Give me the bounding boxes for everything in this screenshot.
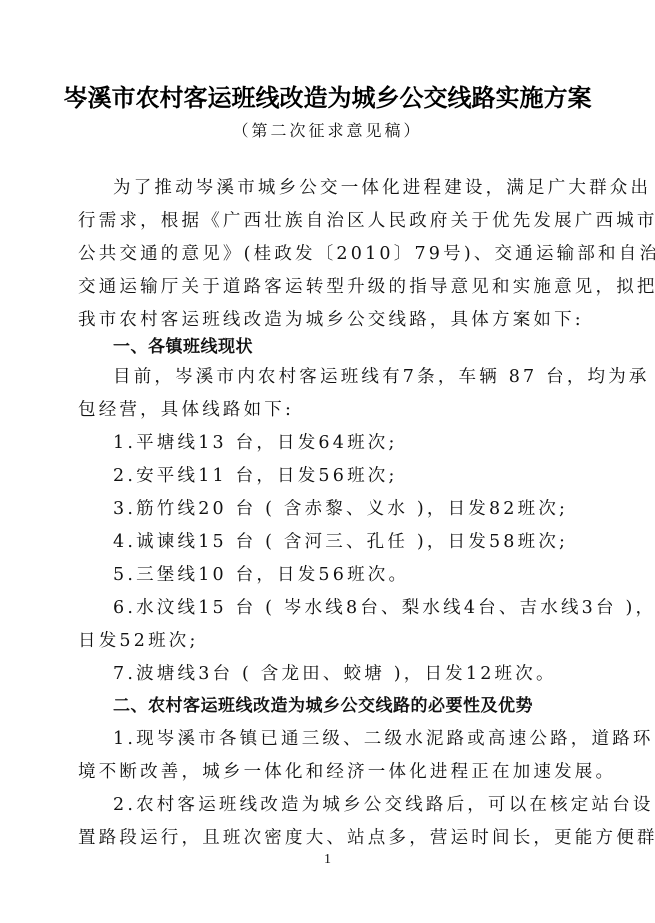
route-item-6: 6.水汶线15 台 ( 岑水线8台、梨水线4台、吉水线3台 )， [113, 596, 578, 620]
intro-line-1: 为了推动岑溪市城乡公交一体化进程建设，满足广大群众出 [113, 176, 578, 200]
route-item-5: 5.三堡线10 台，日发56班次。 [113, 563, 578, 587]
document-title: 岑溪市农村客运班线改造为城乡公交线路实施方案 [0, 78, 655, 113]
section2-point-2-line-2: 置路段运行，且班次密度大、站点多，营运时间长，更能方便群 [78, 826, 578, 850]
section2-point-1-line-1: 1.现岑溪市各镇已通三级、二级水泥路或高速公路，道路环 [113, 727, 578, 751]
intro-line-2: 行需求，根据《广西壮族自治区人民政府关于优先发展广西城市 [78, 209, 578, 233]
route-item-6-continuation: 日发52班次; [78, 629, 578, 653]
document-page: 岑溪市农村客运班线改造为城乡公交线路实施方案 （第二次征求意见稿） 为了推动岑溪… [0, 0, 655, 923]
route-item-3: 3.筋竹线20 台 ( 含赤黎、义水 )，日发82班次; [113, 497, 578, 521]
intro-line-5: 我市农村客运班线改造为城乡公交线路，具体方案如下: [78, 308, 578, 332]
route-item-7: 7.波塘线3台 ( 含龙田、蛟塘 )，日发12班次。 [113, 662, 578, 686]
route-item-4: 4.诚谏线15 台 ( 含河三、孔任 )，日发58班次; [113, 530, 578, 554]
route-item-2: 2.安平线11 台，日发56班次; [113, 464, 578, 488]
section2-point-2-line-1: 2.农村客运班线改造为城乡公交线路后，可以在核定站台设 [113, 793, 578, 817]
section1-summary-line-2: 包经营，具体线路如下: [78, 398, 578, 422]
intro-line-3: 公共交通的意见》(桂政发〔2010〕79号)、交通运输部和自治区 [78, 242, 578, 266]
section-heading-1: 一、各镇班线现状 [113, 335, 578, 359]
intro-line-4: 交通运输厅关于道路客运转型升级的指导意见和实施意见，拟把 [78, 275, 578, 299]
section2-point-1-line-2: 境不断改善，城乡一体化和经济一体化进程正在加速发展。 [78, 760, 578, 784]
page-number: 1 [0, 852, 655, 868]
route-item-1: 1.平塘线13 台，日发64班次; [113, 431, 578, 455]
section1-summary-line-1: 目前，岑溪市内农村客运班线有7条，车辆 87 台，均为承 [113, 365, 578, 389]
document-subtitle: （第二次征求意见稿） [0, 118, 655, 141]
section-heading-2: 二、农村客运班线改造为城乡公交线路的必要性及优势 [113, 694, 578, 718]
